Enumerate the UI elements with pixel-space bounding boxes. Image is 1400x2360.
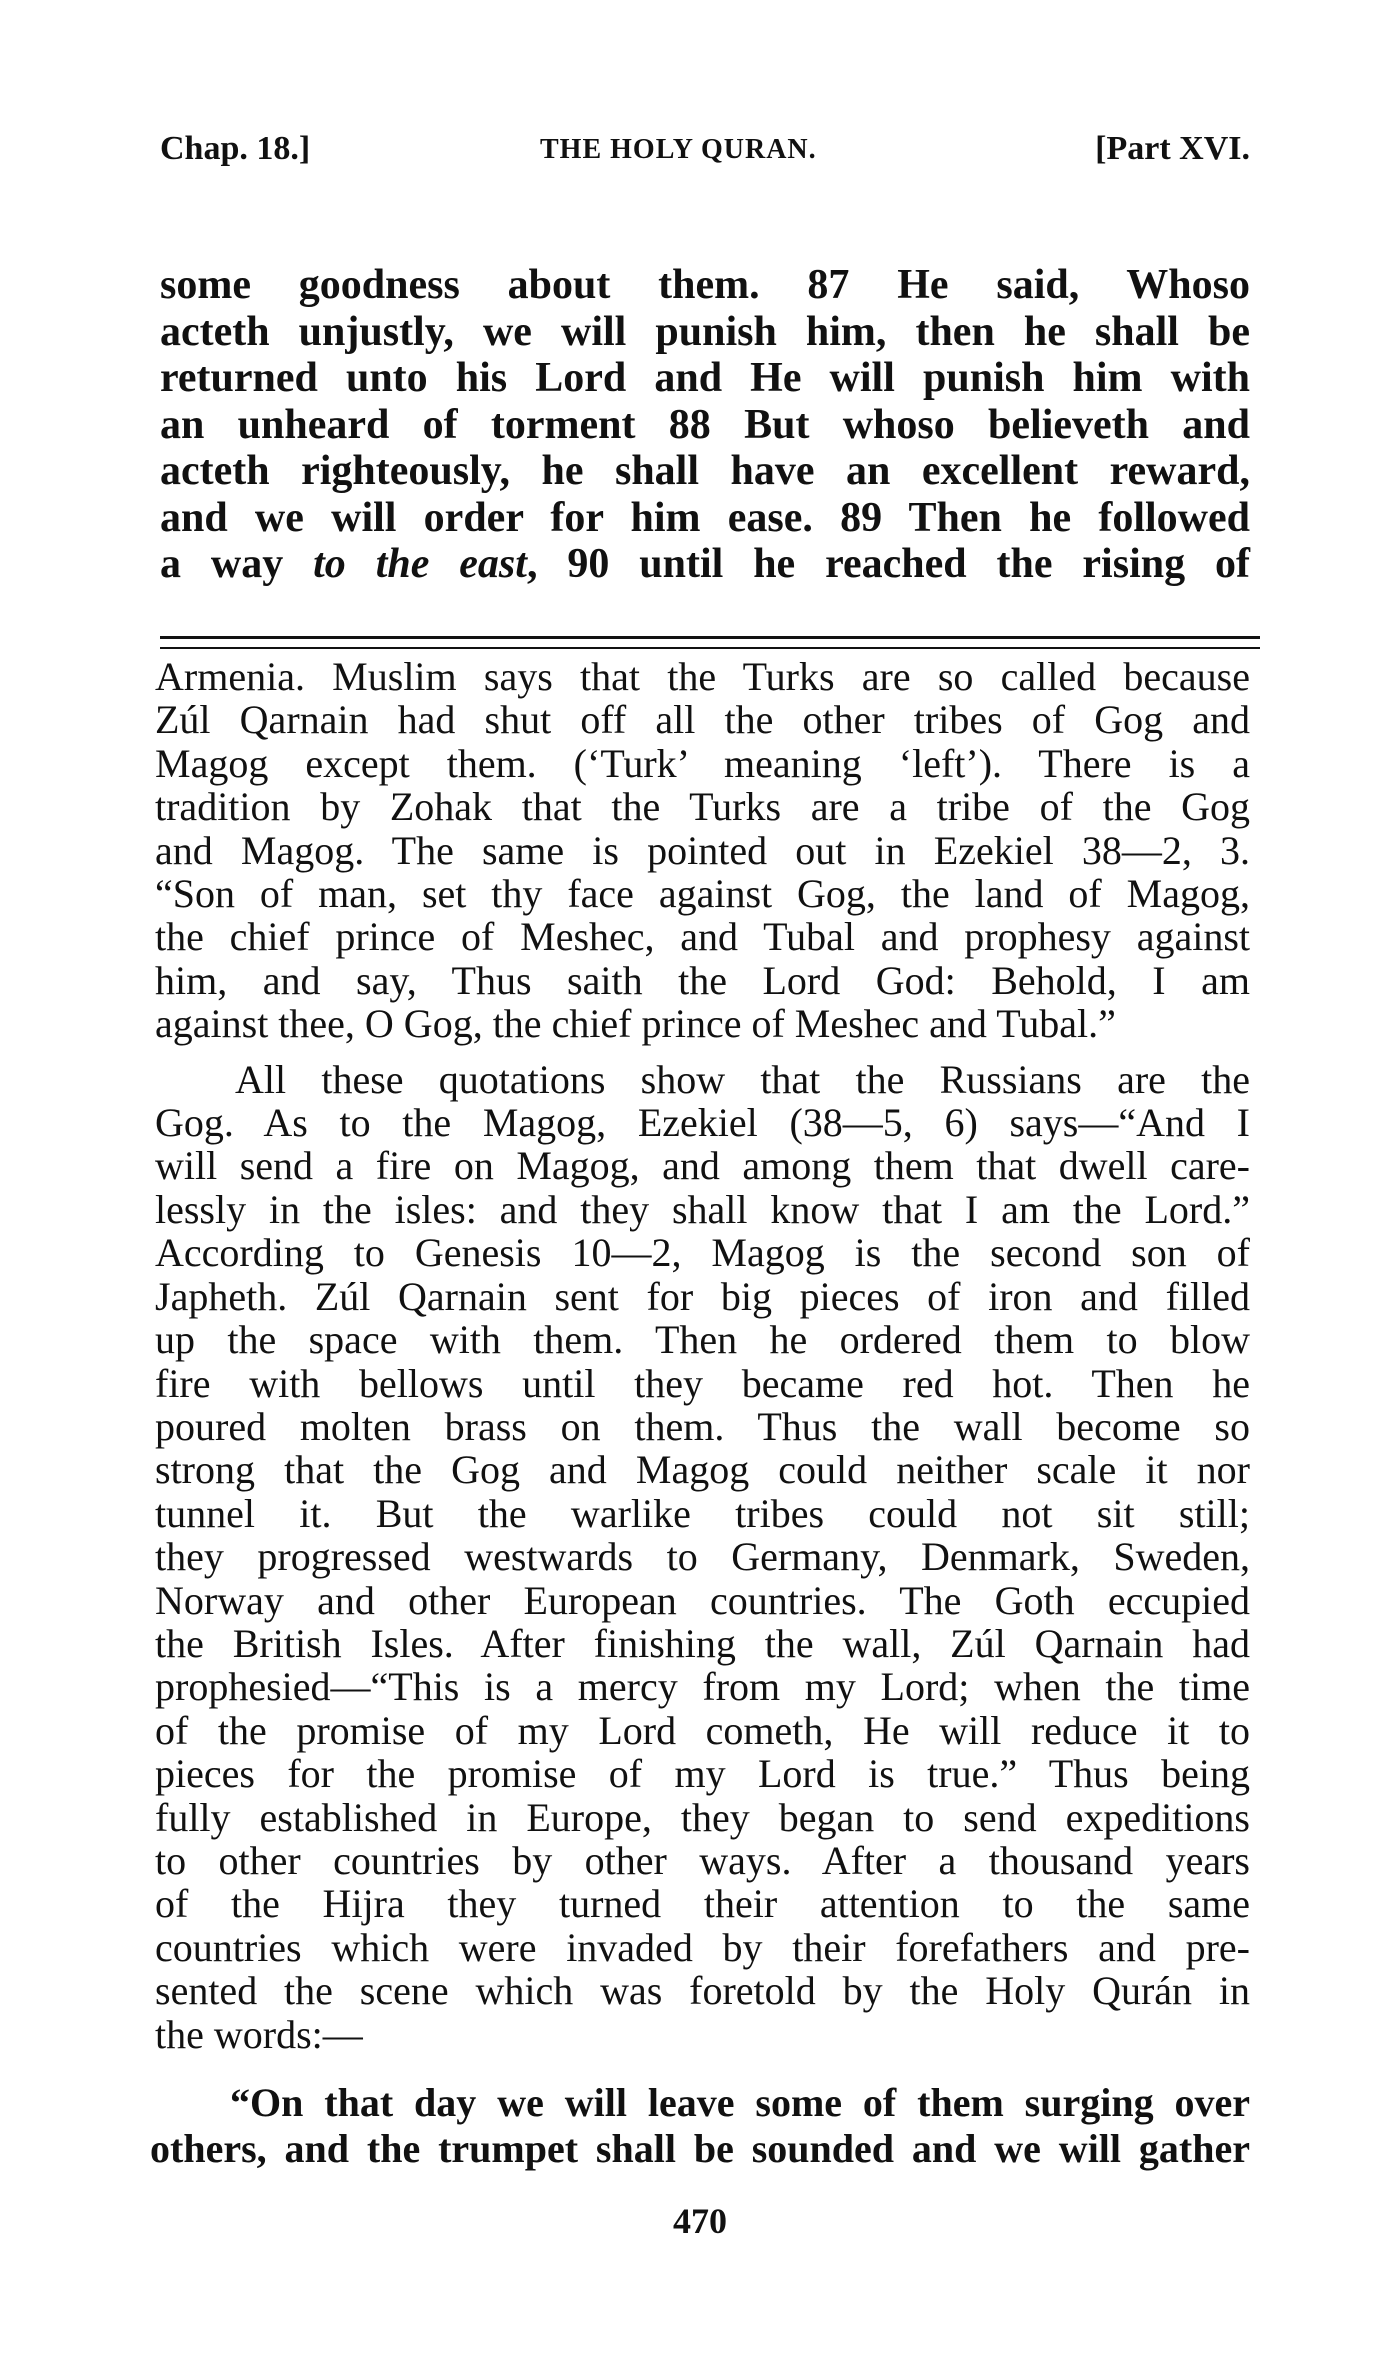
footnote-line: the British Isles. After finishing the w… <box>155 1622 1250 1665</box>
footnote-line: strong that the Gog and Magog could neit… <box>155 1448 1250 1491</box>
footnote-line: they progressed westwards to Germany, De… <box>155 1535 1250 1578</box>
footnote-line: against thee, O Gog, the chief prince of… <box>155 1002 1250 1045</box>
footnote-line: the chief prince of Meshec, and Tubal an… <box>155 915 1250 958</box>
footnote-line: Norway and other European countries. The… <box>155 1579 1250 1622</box>
footnote-line: Gog. As to the Magog, Ezekiel (38—5, 6) … <box>155 1101 1250 1144</box>
italic-phrase: to the east <box>313 541 527 587</box>
footnote-line: pieces for the promise of my Lord is tru… <box>155 1752 1250 1795</box>
footnote-line: will send a fire on Magog, and among the… <box>155 1144 1250 1187</box>
footnote-divider <box>160 636 1260 649</box>
footnote-line: of the Hijra they turned their attention… <box>155 1882 1250 1925</box>
footnote-line: up the space with them. Then he ordered … <box>155 1318 1250 1361</box>
footnote: Armenia. Muslim says that the Turks are … <box>155 655 1250 2056</box>
text-line: a way to the east, 90 until he reached t… <box>160 541 1250 588</box>
footnote-line: Magog except them. (‘Turk’ meaning ‘left… <box>155 742 1250 785</box>
footnote-line: Japheth. Zúl Qarnain sent for big pieces… <box>155 1275 1250 1318</box>
footnote-line: to other countries by other ways. After … <box>155 1839 1250 1882</box>
footnote-line: Zúl Qarnain had shut off all the other t… <box>155 698 1250 741</box>
footnote-line: prophesied—“This is a mercy from my Lord… <box>155 1665 1250 1708</box>
footnote-line: All these quotations show that the Russi… <box>155 1058 1250 1101</box>
quote-line: “On that day we will leave some of them … <box>150 2080 1250 2126</box>
footnote-line: “Son of man, set thy face against Gog, t… <box>155 872 1250 915</box>
text-line: acteth righteously, he shall have an exc… <box>160 448 1250 495</box>
footnote-line: him, and say, Thus saith the Lord God: B… <box>155 959 1250 1002</box>
footnote-line: According to Genesis 10—2, Magog is the … <box>155 1231 1250 1274</box>
footnote-line: Armenia. Muslim says that the Turks are … <box>155 655 1250 698</box>
book-title: THE HOLY QURAN. <box>540 134 817 166</box>
running-header: Chap. 18.] THE HOLY QURAN. [Part XVI. <box>160 130 1250 180</box>
page-number: 470 <box>0 2200 1400 2242</box>
footnote-line: poured molten brass on them. Thus the wa… <box>155 1405 1250 1448</box>
text-line: and we will order for him ease. 89 Then … <box>160 495 1250 542</box>
text-line: an unheard of torment 88 But whoso belie… <box>160 402 1250 449</box>
quote-line: others, and the trumpet shall be sounded… <box>150 2126 1250 2172</box>
main-text: some goodness about them. 87 He said, Wh… <box>160 262 1250 588</box>
footnote-line: countries which were invaded by their fo… <box>155 1926 1250 1969</box>
quoted-verse: “On that day we will leave some of them … <box>150 2080 1250 2172</box>
footnote-line: lessly in the isles: and they shall know… <box>155 1188 1250 1231</box>
text-line: acteth unjustly, we will punish him, the… <box>160 309 1250 356</box>
text-fragment: a way <box>160 541 313 587</box>
text-line: some goodness about them. 87 He said, Wh… <box>160 262 1250 309</box>
part-label: [Part XVI. <box>1095 130 1250 168</box>
footnote-line: fire with bellows until they became red … <box>155 1362 1250 1405</box>
footnote-line: and Magog. The same is pointed out in Ez… <box>155 829 1250 872</box>
footnote-line: sented the scene which was foretold by t… <box>155 1969 1250 2012</box>
footnote-line: of the promise of my Lord cometh, He wil… <box>155 1709 1250 1752</box>
footnote-line: tunnel it. But the warlike tribes could … <box>155 1492 1250 1535</box>
footnote-line: tradition by Zohak that the Turks are a … <box>155 785 1250 828</box>
footnote-line: fully established in Europe, they began … <box>155 1796 1250 1839</box>
paragraph-gap <box>155 1046 1250 1058</box>
text-line: returned unto his Lord and He will punis… <box>160 355 1250 402</box>
text-fragment: , 90 until he reached the rising of <box>527 541 1250 587</box>
footnote-line: the words:— <box>155 2013 1250 2056</box>
chapter-label: Chap. 18.] <box>160 130 310 168</box>
